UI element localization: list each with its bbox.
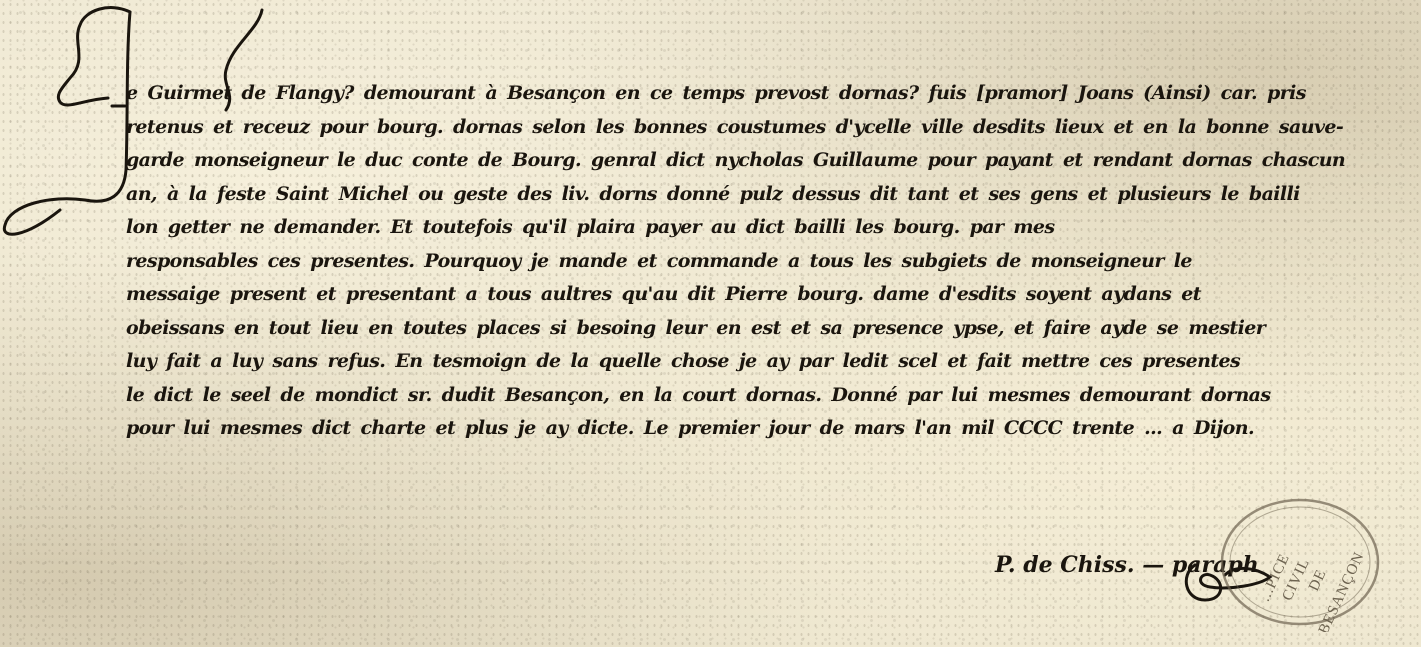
text-line-8: obeissans en tout lieu en toutes places … [126,317,1391,351]
text-line-7: messaige present et presentant a tous au… [126,283,1391,317]
text-line-10: le dict le seel de mondict sr. dudit Bes… [126,384,1391,418]
text-line-9: luy fait a luy sans refus. En tesmoign d… [126,350,1391,384]
text-line-6: responsables ces presentes. Pourquoy je … [126,250,1391,284]
text-line-3: garde monseigneur le duc conte de Bourg.… [126,149,1391,183]
text-line-4: an, à la feste Saint Michel ou geste des… [126,183,1391,217]
text-line-11: pour lui mesmes dict charte et plus je a… [126,417,1391,451]
stamp-text-3: DE [1306,567,1330,594]
text-line-1: e Guirmet de Flangy? demourant à Besanço… [126,82,1391,116]
archive-stamp: ...PICE CIVIL DE BESANÇON [1205,492,1380,632]
charter-text: e Guirmet de Flangy? demourant à Besanço… [126,82,1391,451]
text-line-5: lon getter ne demander. Et toutefois qu'… [126,216,1391,250]
text-line-2: retenus et receuz pour bourg. dornas sel… [126,116,1391,150]
manuscript-page: e Guirmet de Flangy? demourant à Besanço… [0,0,1421,647]
